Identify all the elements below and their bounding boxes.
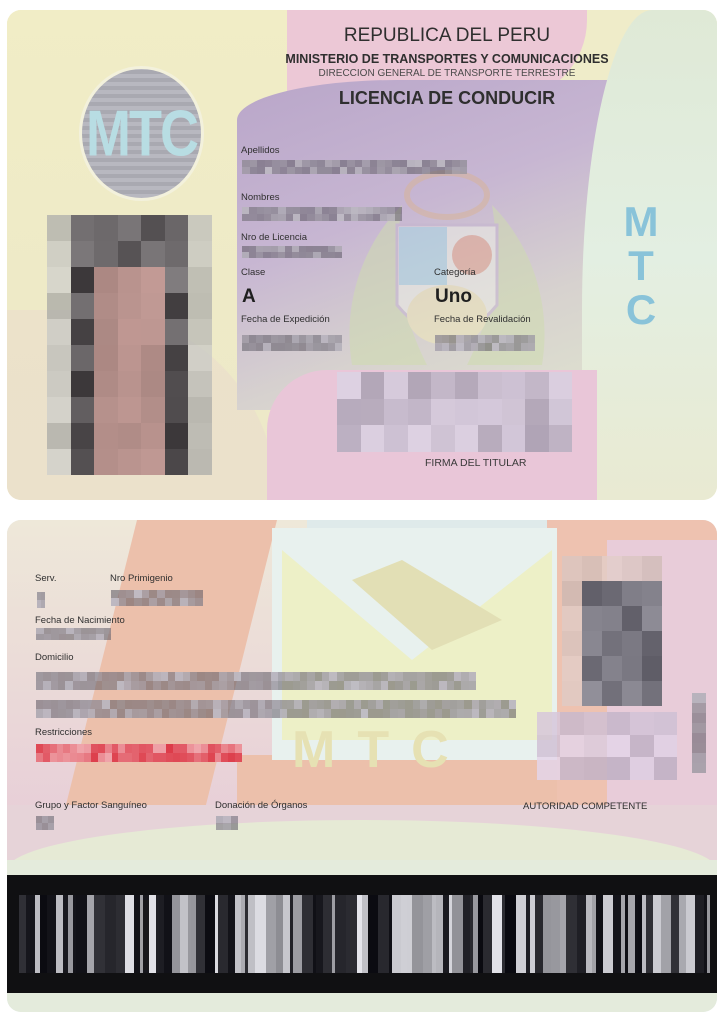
mtc-vertical-logo: M T C	[621, 200, 661, 332]
country-heading: REPUBLICA DEL PERU	[232, 25, 662, 47]
clase-label: Clase	[241, 267, 265, 278]
mtc-letter-c: C	[621, 288, 661, 332]
revalidacion-label: Fecha de Revalidación	[434, 314, 531, 325]
mtc-letter-t: T	[621, 244, 661, 288]
donacion-label: Donación de Órganos	[215, 800, 307, 811]
domicilio-line1-redacted	[36, 672, 476, 690]
nombres-label: Nombres	[241, 192, 280, 203]
mtc-watermark: MTC	[292, 720, 471, 780]
domicilio-line2-redacted	[36, 700, 516, 718]
license-front: MTC REPUBLICA DEL PERU MINISTERIO DE TRA…	[7, 10, 717, 500]
vertical-code-redacted	[692, 693, 706, 773]
primigenio-value-redacted	[111, 590, 203, 606]
licencia-value-redacted	[242, 246, 342, 258]
primigenio-label: Nro Primigenio	[110, 573, 173, 584]
signature-label: FIRMA DEL TITULAR	[425, 457, 527, 469]
serv-value-redacted	[37, 592, 45, 608]
ministry-heading: MINISTERIO DE TRANSPORTES Y COMUNICACION…	[232, 52, 662, 66]
categoria-label: Categoría	[434, 267, 476, 278]
revalidacion-value-redacted	[435, 335, 535, 351]
expedicion-label: Fecha de Expedición	[241, 314, 330, 325]
mtc-hologram-seal: MTC	[79, 66, 204, 201]
mtc-letter-m: M	[621, 200, 661, 244]
apellidos-label: Apellidos	[241, 145, 280, 156]
apellidos-value-redacted	[242, 160, 467, 174]
restricciones-label: Restricciones	[35, 727, 92, 738]
nombres-value-redacted	[242, 207, 402, 221]
sangre-value-redacted	[36, 816, 54, 830]
licencia-label: Nro de Licencia	[241, 232, 307, 243]
sangre-label: Grupo y Factor Sanguíneo	[35, 800, 147, 811]
clase-value: A	[242, 286, 256, 308]
barcode	[7, 875, 717, 993]
donacion-value-redacted	[216, 816, 238, 830]
document-title: LICENCIA DE CONDUCIR	[232, 88, 662, 109]
holder-photo	[47, 215, 212, 475]
serv-label: Serv.	[35, 573, 56, 584]
restricciones-value-redacted	[36, 744, 242, 762]
barcode-bars	[19, 895, 709, 973]
holder-photo-back	[562, 556, 662, 706]
nacimiento-value-redacted	[36, 628, 111, 640]
expedicion-value-redacted	[242, 335, 342, 351]
license-back: MTC Serv. Nro Primigenio Fecha de Nacimi…	[7, 520, 717, 1012]
nacimiento-label: Fecha de Nacimiento	[35, 615, 125, 626]
domicilio-label: Domicilio	[35, 652, 74, 663]
categoria-value: Uno	[435, 286, 472, 308]
signature-redacted	[337, 372, 572, 452]
directorate-heading: DIRECCION GENERAL DE TRANSPORTE TERRESTR…	[232, 68, 662, 79]
authority-signature-redacted	[537, 712, 677, 780]
hologram-text: MTC	[86, 96, 197, 170]
autoridad-label: AUTORIDAD COMPETENTE	[523, 801, 647, 812]
